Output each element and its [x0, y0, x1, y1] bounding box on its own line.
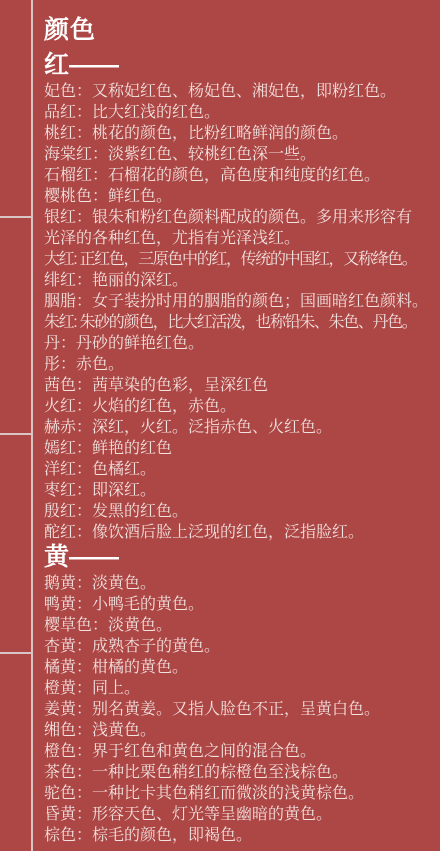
entry-list: 妃色：又称妃红色、杨妃色、湘妃色，即粉红色。 品红：比大红浅的红色。 桃红：桃花…: [44, 81, 438, 543]
color-entry: 大红: 正红色，三原色中的红，传统的中国红，又称绛色。: [44, 249, 438, 270]
color-entry: 橙色：界于红色和黄色之间的混合色。: [44, 741, 438, 762]
color-section: 黄—— 鹅黄：淡黄色。 鸭黄：小鸭毛的黄色。 樱草色：淡黄色。 杏黄：成熟杏子的…: [44, 543, 438, 846]
color-entry: 丹：丹砂的鲜艳红色。: [44, 333, 438, 354]
color-entry: 朱红: 朱砂的颜色，比大红活泼，也称铅朱、朱色、丹色。: [44, 312, 438, 333]
color-entry: 石榴红：石榴花的颜色，高色度和纯度的红色。: [44, 165, 438, 186]
color-entry: 彤：赤色。: [44, 354, 438, 375]
color-entry: 海棠红：淡紫红色、较桃红色深一些。: [44, 144, 438, 165]
color-entry: 枣红：即深红。: [44, 480, 438, 501]
color-entry: 洋红：色橘红。: [44, 459, 438, 480]
page-title: 颜色: [44, 15, 438, 45]
color-entry: 赫赤：深红，火红。泛指赤色、火红色。: [44, 417, 438, 438]
color-entry: 樱草色：淡黄色。: [44, 615, 438, 636]
color-entry: 樱桃色：鲜红色。: [44, 186, 438, 207]
color-entry: 酡红：像饮酒后脸上泛现的红色，泛指脸红。: [44, 522, 438, 543]
color-entry: 棕色：棕毛的颜色，即褐色。: [44, 825, 438, 846]
section-heading: 红——: [44, 51, 438, 79]
color-entry: 杏黄：成熟杏子的黄色。: [44, 636, 438, 657]
color-entry: 姜黄：别名黄姜。又指人脸色不正，呈黄白色。: [44, 699, 438, 720]
color-section: 红—— 妃色：又称妃红色、杨妃色、湘妃色，即粉红色。 品红：比大红浅的红色。 桃…: [44, 51, 438, 543]
color-entry: 鹅黄：淡黄色。: [44, 573, 438, 594]
color-entry: 胭脂：女子装扮时用的胭脂的颜色；国画暗红色颜料。: [44, 291, 438, 312]
color-entry: 橙黄：同上。: [44, 678, 438, 699]
color-entry: 驼色：一种比卡其色稍红而微淡的浅黄棕色。: [44, 783, 438, 804]
color-entry: 茶色：一种比栗色稍红的棕橙色至浅棕色。: [44, 762, 438, 783]
color-entry: 绯红：艳丽的深红。: [44, 270, 438, 291]
color-entry: 昏黄：形容天色、灯光等呈幽暗的黄色。: [44, 804, 438, 825]
color-entry: 嫣红：鲜艳的红色: [44, 438, 438, 459]
section-heading: 黄——: [44, 543, 438, 571]
margin-tick: [0, 652, 31, 654]
color-entry: 火红：火焰的红色，赤色。: [44, 396, 438, 417]
color-entry: 鸭黄：小鸭毛的黄色。: [44, 594, 438, 615]
margin-rule: [31, 0, 33, 851]
entry-list: 鹅黄：淡黄色。 鸭黄：小鸭毛的黄色。 樱草色：淡黄色。 杏黄：成熟杏子的黄色。 …: [44, 573, 438, 846]
color-entry: 缃色：浅黄色。: [44, 720, 438, 741]
color-entry: 茜色：茜草染的色彩，呈深红色: [44, 375, 438, 396]
color-entry: 殷红：发黑的红色。: [44, 501, 438, 522]
color-entry: 妃色：又称妃红色、杨妃色、湘妃色，即粉红色。: [44, 81, 438, 102]
margin-tick: [0, 433, 31, 435]
margin-tick: [0, 216, 31, 218]
color-glossary-page: { "page": { "title": "颜色" }, "theme": { …: [0, 0, 440, 851]
section-list: 红—— 妃色：又称妃红色、杨妃色、湘妃色，即粉红色。 品红：比大红浅的红色。 桃…: [44, 51, 438, 846]
content-area: 颜色 红—— 妃色：又称妃红色、杨妃色、湘妃色，即粉红色。 品红：比大红浅的红色…: [44, 15, 438, 846]
color-entry: 橘黄：柑橘的黄色。: [44, 657, 438, 678]
color-entry: 桃红：桃花的颜色，比粉红略鲜润的颜色。: [44, 123, 438, 144]
color-entry: 品红：比大红浅的红色。: [44, 102, 438, 123]
color-entry: 银红：银朱和粉红色颜料配成的颜色。多用来形容有 光泽的各种红色，尤指有光泽浅红。: [44, 207, 438, 249]
